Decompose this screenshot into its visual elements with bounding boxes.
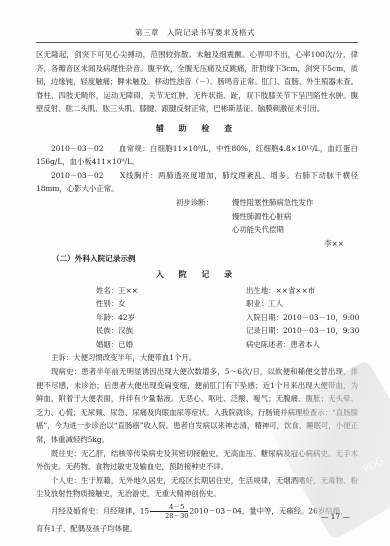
aux-exam-heading: 辅 助 检 查 [36,122,358,136]
aux-exam-blood: 2010－03－02 血常规：白细胞11×10⁹/L，中性80%，红细胞4.8×… [36,142,358,169]
info-age: 年龄：42岁 [96,311,246,325]
running-header: 第三章 入院记录书写要求及格式 [0,27,390,38]
diagnosis-item: 心功能失代偿期 [232,223,284,237]
page-number: — 17 — [321,512,350,521]
info-birthplace: 出生地：××省××市 [246,284,359,298]
fraction-numerator: 4－5 [150,503,188,512]
patient-info-grid: 姓名：王×× 出生地：××省××市 性别：女 职业：工人 年龄：42岁 入院日期… [96,284,358,352]
info-sex: 性别：女 [96,297,246,311]
menstrual-next-line: 育有1子，配偶及孩子均体健。 [36,522,358,536]
physical-exam-continued: 区无隆起，剑突下可见心尖搏动，范围较弥散。未触及细震颤。心界叩不出，心率100次… [36,48,358,116]
page-body: 区无隆起，剑突下可见心尖搏动，范围较弥散。未触及细震颤。心界叩不出，心率100次… [36,48,358,536]
diagnosis-block: 初步诊断： 慢性阻塞性肺病急性发作 慢性肺源性心脏病 心功能失代偿期 [176,196,358,237]
personal-history: 个人史：生于原籍，无外地久居史，无疫区长期居住史，生活规律，无烟酒嗜好，无毒物、… [36,474,358,501]
physician-signature: 李×× [36,237,358,251]
info-occupation: 职业：工人 [246,297,359,311]
info-marital: 婚姻：已婚 [96,338,246,352]
info-name: 姓名：王×× [96,284,246,298]
info-ethnicity: 民族：汉族 [96,324,246,338]
info-narrator: 病史陈述者：患者本人 [246,338,359,352]
section-title: （二）外科入院记录示例 [52,252,358,266]
menstrual-prefix: 月经及婚育史：月经规律，15 [51,507,149,516]
record-heading: 入 院 记 录 [36,268,358,282]
watermark-text: PDG [361,455,385,475]
info-admission-date: 入院日期：2010－03－10，9:00 [246,311,359,325]
aux-exam-xray: 2010－03－02 X线胸片：两肺透亮度增加，肺纹理紊乱、增多。右肺下动脉干横… [36,169,358,196]
fraction-denominator: 28－30 [150,512,188,520]
info-record-date: 记录日期：2010－03－10，9:30 [246,324,359,338]
menstrual-history: 月经及婚育史：月经规律，154－528－302010－03－04，量中等，无痛经… [36,503,358,520]
diagnosis-item: 慢性肺源性心脏病 [232,210,291,224]
diagnosis-item: 慢性阻塞性肺病急性发作 [232,196,313,210]
menstrual-fraction: 4－528－30 [150,503,188,520]
book-page: 第三章 入院记录书写要求及格式 区无隆起，剑突下可见心尖搏动，范围较弥散。未触及… [0,0,390,546]
chief-complaint: 主诉：大便习惯改变半年，大便带血1个月。 [36,351,358,365]
diagnosis-label: 初步诊断： [176,196,232,210]
past-history: 既往史：无乙肝，结核等传染病史及其密切接触史。无高血压、糖尿病及冠心病病史。无手… [36,447,358,474]
present-illness: 现病史：患者半年前无明显诱因出现大便次数增多，5～6次/日，以软便和稀便交替出现… [36,365,358,447]
header-rule [36,42,358,43]
